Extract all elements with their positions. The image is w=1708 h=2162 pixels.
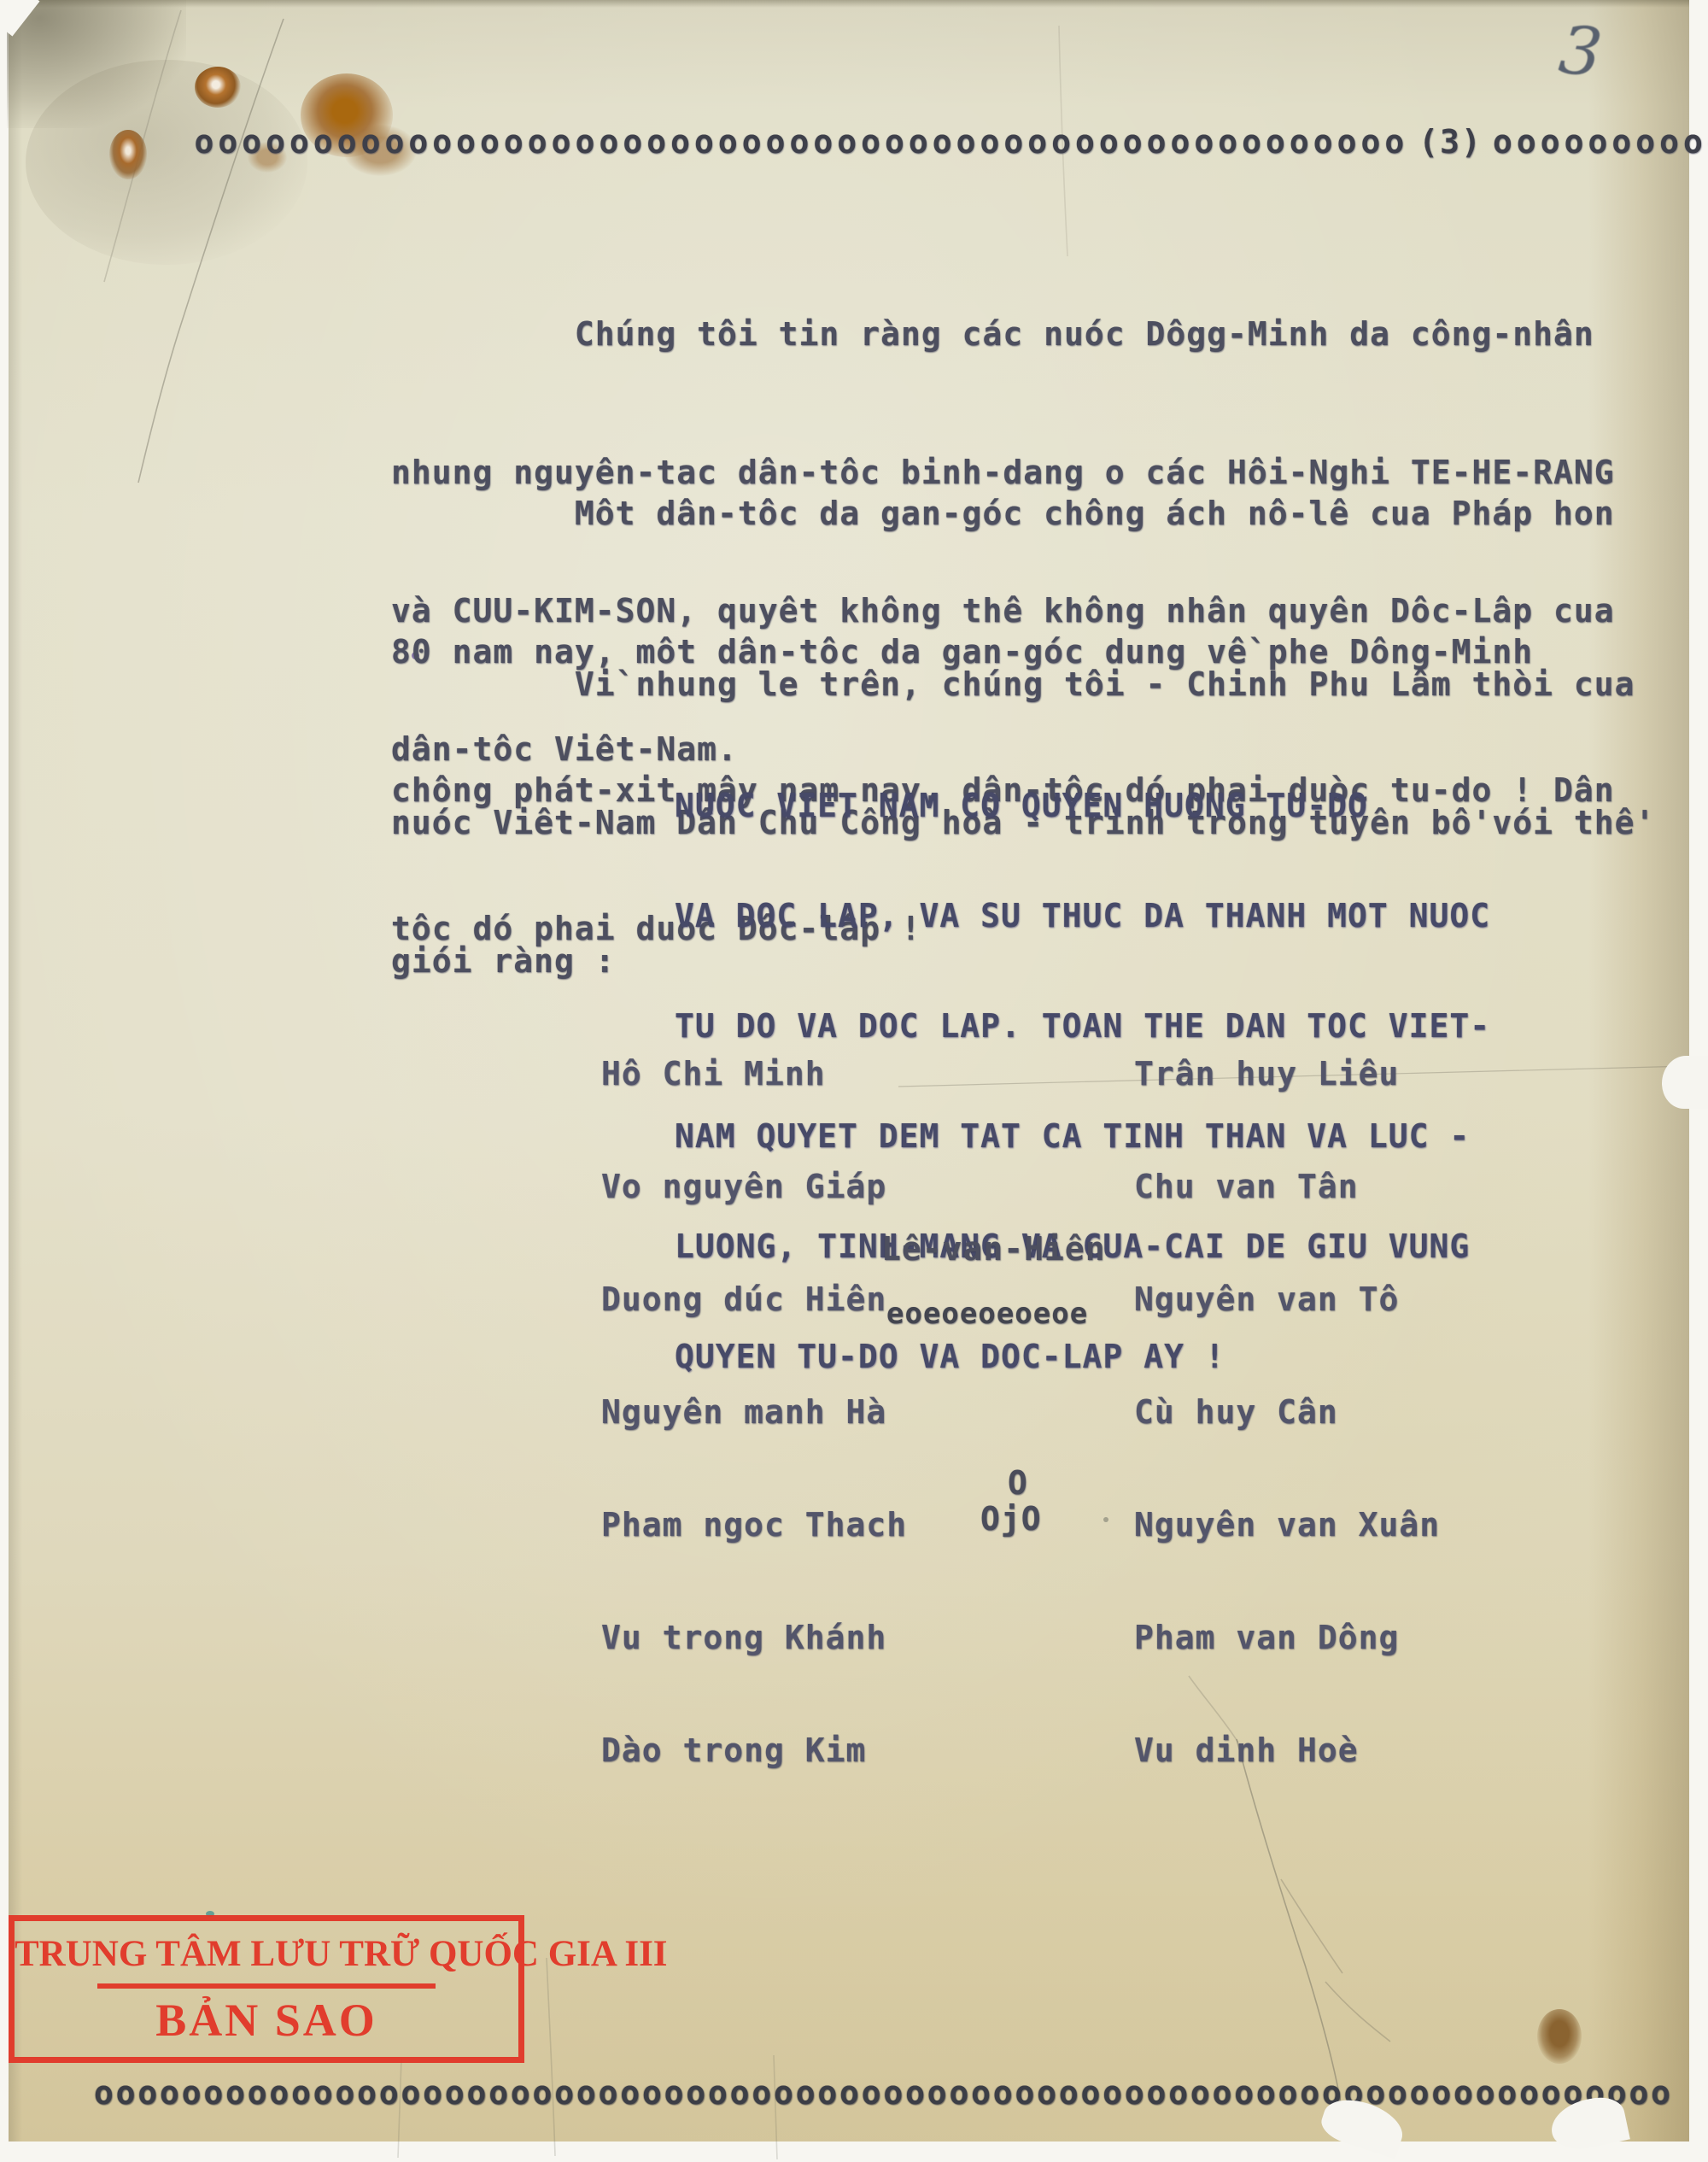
stamp-title: TRUNG TÂM LƯU TRỮ QUỐC GIA III: [15, 1933, 518, 1975]
stamp-subtitle: BẢN SAO: [15, 1994, 518, 2047]
signature-name: Duong dúc Hiên: [601, 1280, 907, 1318]
signature-name: Chu van Tân: [1134, 1168, 1440, 1205]
ornament-run-left: oooooooooooooooooooooooooooooooooooooooo…: [195, 123, 1409, 161]
text-line: VA DOC LAP, VA SU THUC DA THANH MOT NUOC: [675, 898, 1490, 935]
signature-name: Hô Chi Minh: [601, 1055, 907, 1093]
text-line: Môt dân-tôc da gan-góc chông ách nô-lê c…: [391, 490, 1615, 536]
signature-name: Trân huy Liêu: [1134, 1055, 1440, 1093]
signature-name: Cù huy Cân: [1134, 1393, 1440, 1431]
signature-name: Pham van Dông: [1134, 1619, 1440, 1656]
handwritten-page-number: 3: [1555, 12, 1606, 93]
stamp-divider: [97, 1983, 436, 1989]
signature-column-left: Hô Chi Minh Vo nguyên Giáp Duong dúc Hiê…: [601, 980, 907, 1844]
signature-name: Dào trong Kim: [601, 1731, 907, 1769]
edge-tear: [1662, 1056, 1708, 1109]
small-ornament-bottom: OjO: [980, 1500, 1042, 1538]
signature-name: Nguyên manh Hà: [601, 1393, 907, 1431]
signature-name: Vu trong Khánh: [601, 1619, 907, 1656]
page-number-marker: (3): [1418, 123, 1483, 161]
small-ornament-top: O: [1008, 1464, 1028, 1502]
signature-name: Pham ngoc Thach: [601, 1506, 907, 1544]
signature-name: Vo nguyên Giáp: [601, 1168, 907, 1205]
text-line: NUOC VIET NAM CO QUYEN HUONG TU-DO: [675, 788, 1490, 824]
signature-center: Lê-van-Hiên: [881, 1230, 1106, 1268]
signature-name: Nguyên van Tô: [1134, 1280, 1440, 1318]
rust-stain: [1537, 2009, 1582, 2064]
top-ornament-border: oooooooooooooooooooooooooooooooooooooooo…: [99, 85, 1708, 198]
bottom-ornament-border: oooooooooooooooooooooooooooooooooooooooo…: [94, 2074, 1673, 2112]
ornament-run-right: oooooooooo: [1493, 123, 1708, 161]
signature-name: Vu dinh Hoè: [1134, 1731, 1440, 1769]
text-line: Chúng tôi tin ràng các nuóc Dôgg-Minh da…: [391, 311, 1615, 357]
signature-column-right: Trân huy Liêu Chu van Tân Nguyên van Tô …: [1134, 980, 1440, 1844]
text-line: Vi`nhung le trên, chúng tôi - Chinh Phu …: [391, 661, 1655, 707]
ink-speck: [1103, 1517, 1108, 1522]
archive-stamp: TRUNG TÂM LƯU TRỮ QUỐC GIA III BẢN SAO: [9, 1915, 524, 2063]
signature-name: Nguyên van Xuân: [1134, 1506, 1440, 1544]
mid-ornament: eoeoeoeoeoe: [886, 1297, 1088, 1331]
